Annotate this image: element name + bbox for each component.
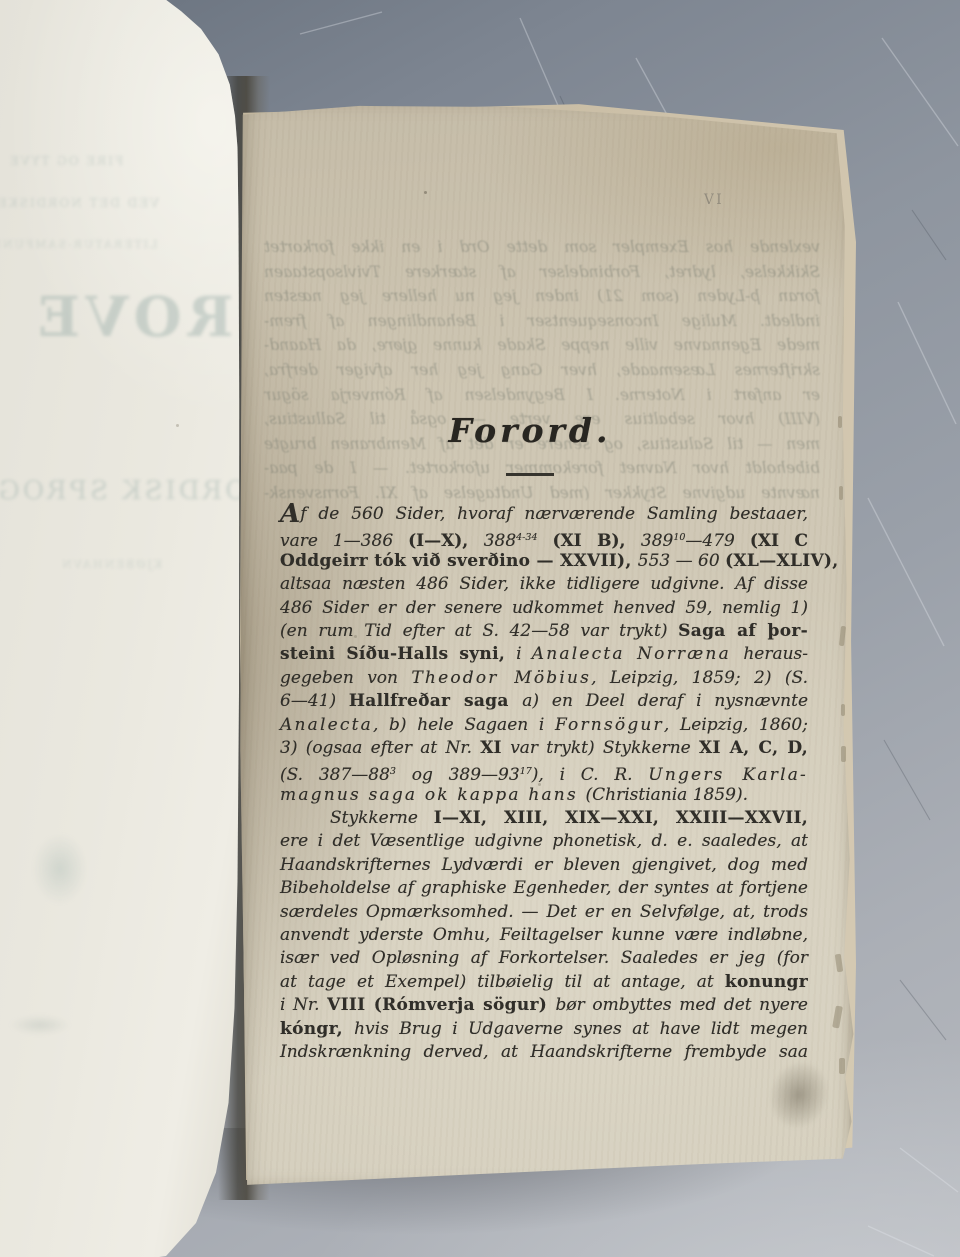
text-segment: Haandskrifternes Lydværdi er bleven gjen… <box>280 855 808 875</box>
text-segment: i <box>516 644 532 664</box>
paper-speck <box>354 635 357 638</box>
text-segment: (XI B), <box>552 531 640 551</box>
text-segment: 4-34 <box>516 532 537 543</box>
text-segment: Theodor Möbius <box>411 668 591 688</box>
body-line: (S. 387—883 og 389—9317), i C. R. Ungers… <box>280 760 808 783</box>
paper-speck <box>424 191 427 194</box>
text-segment: i Nr. <box>280 995 327 1015</box>
body-line: vare 1—386 (I—X), 3884-34 (XI B), 38910—… <box>280 526 808 549</box>
left-bleedthrough-ornament <box>24 822 96 916</box>
text-segment: 3) (ogsaa efter at Nr. <box>280 738 480 758</box>
left-bleedthrough-subtitle: NORDISK SPROG <box>0 476 272 506</box>
text-segment: VIII (Rómverja sögur) <box>327 995 555 1015</box>
bleedthrough-line: vexlende hos Exempler som dette Ord i en… <box>264 235 820 260</box>
bleedthrough-line: skrifternes Læsemaade, hver Gang jeg her… <box>264 358 820 383</box>
left-bleedthrough-line: FIRE OG TYVE <box>8 154 123 168</box>
page-title: Forord. <box>260 411 800 450</box>
body-line: anvendt yderste Omhu, Feiltagelser kunne… <box>280 924 808 947</box>
body-line: Oddgeirr tók við sverðino — XXVII), 553 … <box>280 550 808 573</box>
bleedthrough-line: nævnte udgivne Stykker (med Undtagelse a… <box>264 481 820 506</box>
text-segment: Analecta Norræna <box>532 644 744 664</box>
text-segment: kóngr, <box>280 1019 354 1039</box>
body-line: at tage et Exempel) tilbøielig til at an… <box>280 971 808 994</box>
fore-edge-chip <box>839 486 843 500</box>
text-segment: XI A, C, D, <box>699 738 808 758</box>
right-page: VI vexlende hos Exempler som dette Ord i… <box>236 95 854 1187</box>
text-segment: , Leipzig, 1859; 2) (S. <box>591 668 808 688</box>
text-segment: a) en Deel deraf i nysnævnte <box>522 691 808 711</box>
text-segment: XI <box>480 738 510 758</box>
text-segment: Hallfreðar saga <box>349 691 522 711</box>
text-segment: 553 — 60 <box>638 551 725 571</box>
left-bleedthrough-line: LITERATUR-SAMFUND <box>0 238 157 251</box>
body-line: Analecta, b) hele Sagaen i Fornsögur, Le… <box>280 714 808 737</box>
text-segment: 6—41) <box>280 691 349 711</box>
text-segment: vare 1—386 <box>280 531 408 551</box>
text-segment: 10 <box>673 532 685 543</box>
text-segment: Stykkerne <box>330 808 434 828</box>
body-line: især ved Opløsning af Forkortelser. Saal… <box>280 947 808 970</box>
text-segment: , b) hele Sagaen i <box>373 715 555 735</box>
text-segment: Saga af þor- <box>678 621 808 641</box>
fore-edge-chip <box>841 746 846 762</box>
text-segment: bør ombyttes med det nyere <box>556 995 808 1015</box>
text-segment: f de 560 Sider, hvoraf nærværende Samlin… <box>300 504 808 524</box>
body-line: Indskrænkning derved, at Haandskrifterne… <box>280 1041 808 1064</box>
page-number: VI <box>704 192 724 208</box>
bleedthrough-line: er anført i Noterne. I Begyndelsen af Ró… <box>264 383 820 408</box>
text-segment: (XL—XLIV), <box>725 551 838 571</box>
text-segment: hvis Brug i Udgaverne synes at have lidt… <box>354 1019 808 1039</box>
text-segment: (I—X), <box>408 531 484 551</box>
bleedthrough-line: foran þ-Lyden (som 21) inden jeg nu hell… <box>264 284 820 309</box>
body-line: altsaa næsten 486 Sider, ikke tidligere … <box>280 573 808 596</box>
left-page: FIRE OG TYVE VED DET NORDISKE LITERATUR-… <box>0 0 246 1257</box>
text-segment: Oddgeirr tók við sverðino — XXVII), <box>280 551 638 571</box>
body-line: Stykkerne I—XI, XIII, XIX—XXI, XXIII—XXV… <box>280 807 808 830</box>
left-bleedthrough-line: KJØBENHAVN <box>60 558 162 571</box>
body-line: særdeles Opmærksomhed. — Det er en Selvf… <box>280 901 808 924</box>
body-line: 3) (ogsaa efter at Nr. XI var trykt) Sty… <box>280 737 808 760</box>
text-segment: konungr <box>725 972 808 992</box>
fore-edge-chip <box>841 704 845 716</box>
body-line: ere i det Væsentlige udgivne phonetisk, … <box>280 830 808 853</box>
body-line: 486 Sider er der senere udkommet henved … <box>280 597 808 620</box>
text-segment: 388 <box>484 531 516 551</box>
text-segment: særdeles Opmærksomhed. — Det er en Selvf… <box>280 902 808 922</box>
bleedthrough-line: bibeholdt hvor Navnet forekommer uforkor… <box>264 456 820 481</box>
text-segment: (S. 387—88 <box>280 765 390 785</box>
body-line: Bibeholdelse af graphiske Egenheder, der… <box>280 877 808 900</box>
text-segment: (en rum Tid efter at S. 42—58 var trykt) <box>280 621 678 641</box>
body-line: Af de 560 Sider, hvoraf nærværende Samli… <box>280 503 808 526</box>
text-segment: altsaa næsten 486 Sider, ikke tidligere … <box>280 574 808 594</box>
text-segment: Analecta <box>280 715 373 735</box>
bleedthrough-line: mede Egennavne ville neppe Skade kunne g… <box>264 333 820 358</box>
left-bleedthrough-line: VED DET NORDISKE <box>0 196 159 210</box>
text-segment: (XI C <box>750 531 808 551</box>
body-line: i Nr. VIII (Rómverja sögur) bør ombyttes… <box>280 994 808 1017</box>
body-line: (en rum Tid efter at S. 42—58 var trykt)… <box>280 620 808 643</box>
bleedthrough-line: Skikkelse, lydret, Forbindelser af stærk… <box>264 260 820 285</box>
text-segment: 486 Sider er der senere udkommet henved … <box>280 598 808 618</box>
paper-speck <box>176 424 179 427</box>
fore-edge-chip <box>838 416 842 428</box>
text-segment: anvendt yderste Omhu, Feiltagelser kunne… <box>280 925 808 945</box>
body-text: Af de 560 Sider, hvoraf nærværende Samli… <box>280 503 808 1064</box>
text-segment: (Christiania 1859). <box>586 785 749 805</box>
book-photo: VI vexlende hos Exempler som dette Ord i… <box>0 0 960 1257</box>
text-segment: ), i C. R. <box>532 765 649 785</box>
text-segment: Fornsögur <box>555 715 664 735</box>
body-line: steini Síðu-Halls syni, i Analecta Norræ… <box>280 643 808 666</box>
text-segment: Indskrænkning derved, at Haandskrifterne… <box>280 1042 808 1062</box>
text-segment: —479 <box>685 531 749 551</box>
body-line: 6—41) Hallfreðar saga a) en Deel deraf i… <box>280 690 808 713</box>
text-segment: var trykt) Stykkerne <box>510 738 699 758</box>
body-line: magnus saga ok kappa hans (Christiania 1… <box>280 784 808 807</box>
text-segment: Bibeholdelse af graphiske Egenheder, der… <box>280 878 808 898</box>
text-segment: gegeben von <box>280 668 411 688</box>
text-segment: Ungers Karla- <box>648 765 808 785</box>
left-page-smudge <box>0 1012 80 1038</box>
text-segment: 17 <box>520 766 532 777</box>
text-segment: I—XI, XIII, XIX—XXI, XXIII—XXVII, <box>434 808 808 828</box>
text-segment: steini Síðu-Halls syni, <box>280 644 516 664</box>
text-segment: at tage et Exempel) tilbøielig til at an… <box>280 972 725 992</box>
body-line: Haandskrifternes Lydværdi er bleven gjen… <box>280 854 808 877</box>
text-segment: 389 <box>641 531 673 551</box>
text-segment: , Leipzig, 1860; <box>664 715 808 735</box>
title-rule <box>506 473 554 476</box>
text-segment: især ved Opløsning af Forkortelser. Saal… <box>280 948 808 968</box>
text-segment: heraus- <box>743 644 808 664</box>
text-segment <box>537 531 552 551</box>
text-segment: og 389—93 <box>396 765 520 785</box>
text-segment: magnus saga ok kappa hans <box>280 785 586 805</box>
text-segment: ere i det Væsentlige udgivne phonetisk, … <box>280 831 808 851</box>
bleedthrough-line: indledt. Mulige Inconsequentser i Behand… <box>264 309 820 334</box>
text-segment: A <box>280 499 300 529</box>
bleedthrough-block: vexlende hos Exempler som dette Ord i en… <box>264 235 820 506</box>
fore-edge-chip <box>839 1058 845 1074</box>
paper-speck <box>538 783 541 786</box>
body-line: kóngr, hvis Brug i Udgaverne synes at ha… <box>280 1018 808 1041</box>
body-line: gegeben von Theodor Möbius, Leipzig, 185… <box>280 667 808 690</box>
